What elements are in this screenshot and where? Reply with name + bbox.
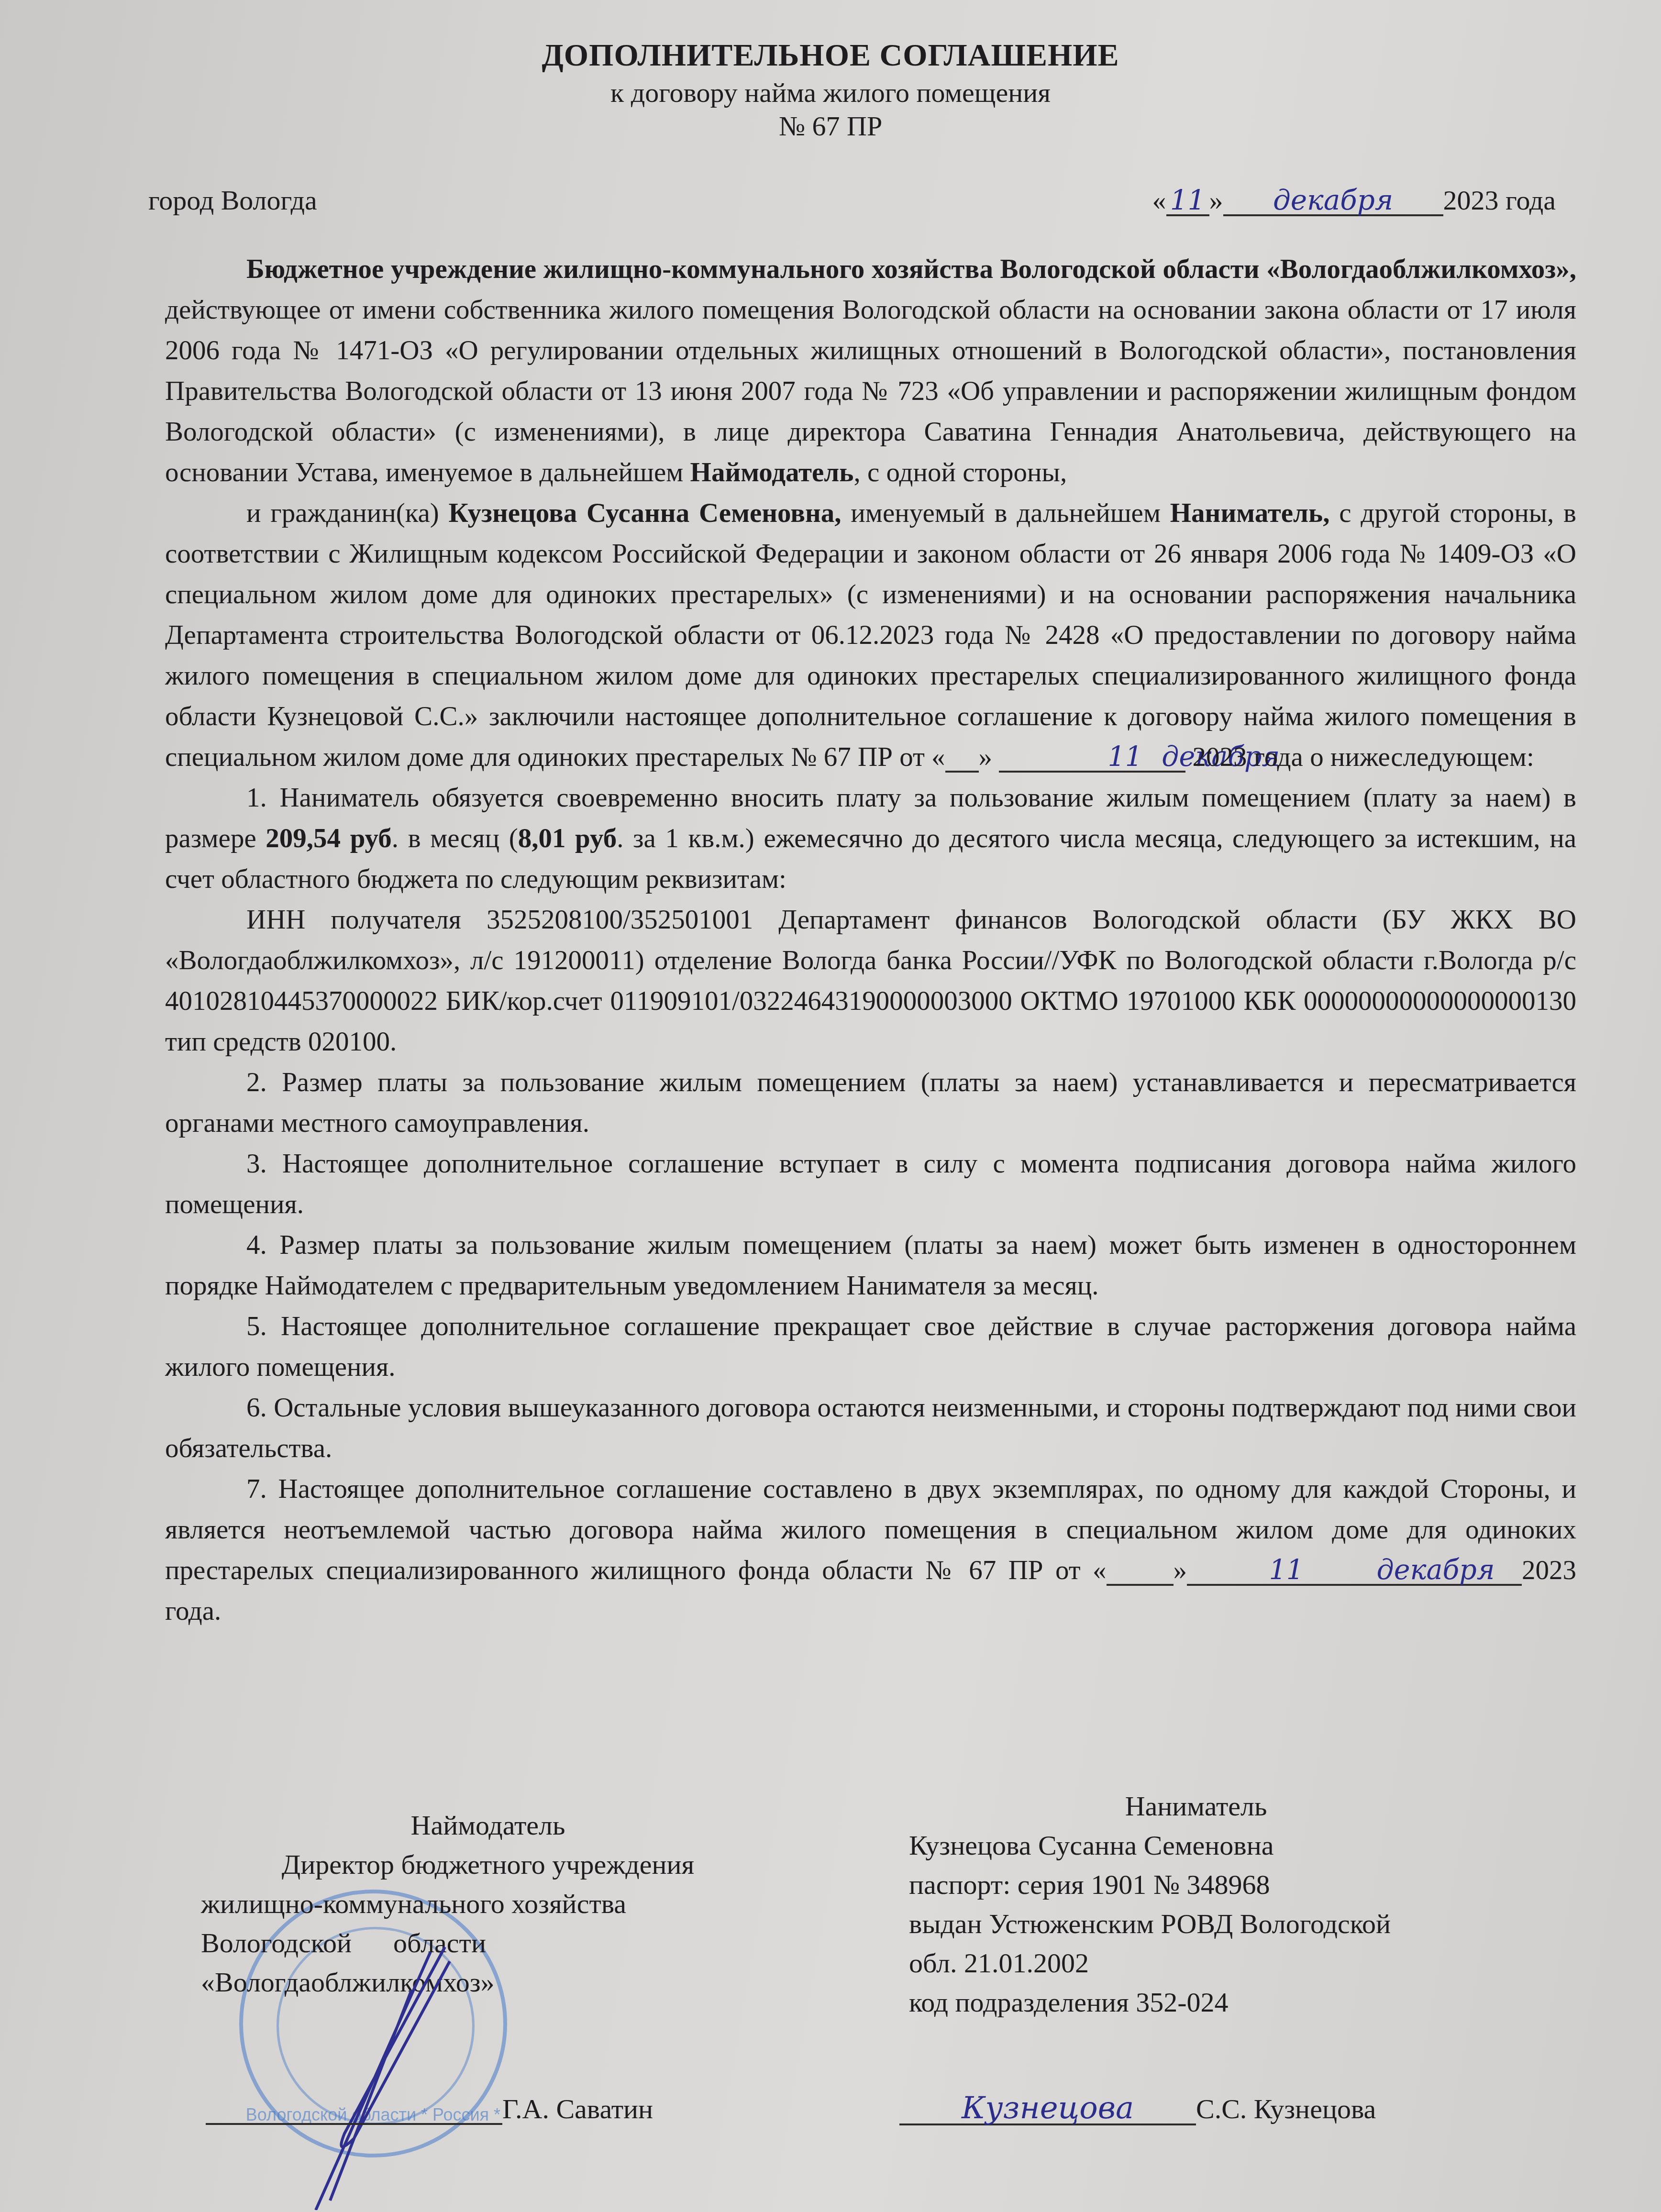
- month-blank: декабря: [1187, 1557, 1522, 1586]
- document-subtitle: к договору найма жилого помещения: [0, 77, 1661, 109]
- document-page: ДОПОЛНИТЕЛЬНОЕ СОГЛАШЕНИЕ к договору най…: [0, 0, 1661, 2212]
- tenant-mid: именуемый в дальнейшем: [842, 498, 1170, 528]
- month-blank: декабря: [1223, 186, 1443, 216]
- clause-7: 7. Настоящее дополнительное соглашение с…: [165, 1469, 1576, 1631]
- rent-rate: 8,01 руб: [518, 823, 617, 853]
- clause-4: 4. Размер платы за пользование жилым пом…: [165, 1225, 1576, 1306]
- landlord-line: Директор бюджетного учреждения: [201, 1845, 775, 1884]
- city: город Вологда: [148, 184, 317, 216]
- preamble-close: 2023 года о нижеследующем:: [1185, 742, 1534, 772]
- handwritten-day: 11: [1170, 186, 1206, 214]
- tenant-passport: паспорт: серия 1901 № 348968: [909, 1865, 1531, 1904]
- clause-2: 2. Размер платы за пользование жилым пом…: [165, 1062, 1576, 1143]
- preamble-landlord: Бюджетное учреждение жилищно-коммунально…: [165, 249, 1576, 493]
- tenant-name-line: Кузнецова Сусанна Семеновна: [909, 1826, 1531, 1865]
- clause-3: 3. Настоящее дополнительное соглашение в…: [165, 1143, 1576, 1225]
- handwritten-month: декабря: [1273, 186, 1393, 214]
- clause-1-mid: . в месяц (: [392, 823, 518, 853]
- tenant-signatory: С.С. Кузнецова: [1196, 2093, 1376, 2124]
- year: 2023 года: [1443, 185, 1556, 216]
- landlord-line: жилищно-коммунального хозяйства: [201, 1884, 775, 1924]
- landlord-org-name: Бюджетное учреждение жилищно-коммунально…: [246, 254, 1576, 284]
- month-blank: декабря: [999, 743, 1185, 773]
- landlord-signature-icon: [287, 1933, 478, 2210]
- payment-requisites: ИНН получателя 3525208100/352501001 Депа…: [165, 899, 1576, 1062]
- day-blank: 11: [1166, 186, 1209, 216]
- agreement-number: № 67 ПР: [0, 110, 1661, 142]
- tenant-division-code: код подразделения 352-024: [909, 1983, 1531, 2022]
- tenant-intro: и гражданин(ка): [246, 498, 449, 528]
- agreement-date: «11»декабря2023 года: [1152, 184, 1556, 216]
- document-title: ДОПОЛНИТЕЛЬНОЕ СОГЛАШЕНИЕ: [0, 37, 1661, 74]
- tenant-handwritten-signature: Кузнецова: [962, 2093, 1134, 2124]
- tenant-basis: с другой стороны, в соответствии с Жилищ…: [165, 498, 1576, 772]
- agreement-body: Бюджетное учреждение жилищно-коммунально…: [165, 249, 1576, 1631]
- tenant-role: Наниматель: [909, 1787, 1483, 1826]
- dateline: город Вологда «11»декабря2023 года: [148, 184, 1556, 222]
- close-quote: »: [1209, 185, 1223, 216]
- signature-blank: Кузнецова: [899, 2093, 1196, 2125]
- preamble-tenant: и гражданин(ка) Кузнецова Сусанна Семено…: [165, 493, 1576, 777]
- day-blank: 11: [1107, 1557, 1174, 1586]
- landlord-signature-line: Г.А. Саватин: [206, 2093, 653, 2125]
- tenant-passport-issuer: выдан Устюженским РОВД Вологодской: [909, 1904, 1531, 1944]
- tenant-signature-line: КузнецоваС.С. Кузнецова: [899, 2093, 1376, 2125]
- landlord-term: Наймодатель: [690, 457, 854, 487]
- clause-6: 6. Остальные условия вышеуказанного дого…: [165, 1387, 1576, 1469]
- landlord-role: Наймодатель: [201, 1806, 775, 1845]
- preamble-end: , с одной стороны,: [853, 457, 1067, 487]
- clause-5: 5. Настоящее дополнительное соглашение п…: [165, 1306, 1576, 1387]
- tenant-name: Кузнецова Сусанна Семеновна,: [449, 498, 842, 528]
- day-blank: 11: [945, 743, 979, 773]
- landlord-signatory: Г.А. Саватин: [502, 2093, 653, 2124]
- tenant-term: Наниматель,: [1170, 498, 1330, 528]
- tenant-passport-date: обл. 21.01.2002: [909, 1944, 1531, 1983]
- tenant-block: Наниматель Кузнецова Сусанна Семеновна п…: [909, 1787, 1531, 2022]
- handwritten-month: декабря: [1296, 1557, 1495, 1584]
- open-quote: «: [1152, 185, 1166, 216]
- clause-1: 1. Наниматель обязуется своевременно вно…: [165, 777, 1576, 899]
- rent-amount: 209,54 руб: [266, 823, 392, 853]
- signature-blank: [206, 2095, 502, 2125]
